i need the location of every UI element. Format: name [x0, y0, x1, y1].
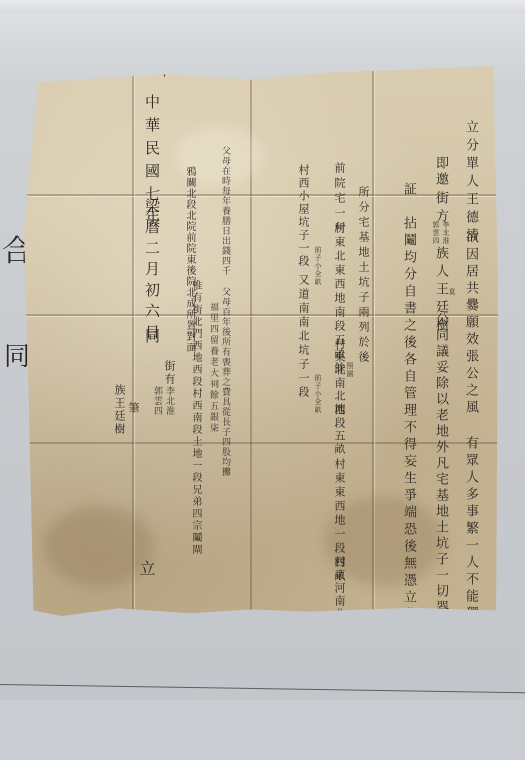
witness-clansman: 族王廷樹	[114, 384, 125, 436]
column-5-plot-b-note: 照園	[346, 362, 353, 378]
fold-line-horizontal	[24, 442, 498, 444]
contract-paper: 中 立分單人王德清 欲因居共爨願效張公之風 有眾人多事繁一人不能獨理 謹遵 父命…	[24, 66, 498, 616]
column-1-opening: 立分單人王德清	[464, 120, 477, 246]
column-2-invite: 邀	[434, 172, 447, 190]
column-7-reserve: 福里四留養老大祠餘五銀柒	[208, 302, 217, 434]
crease-highlight	[24, 316, 498, 317]
left-margin-char-b: 同	[4, 336, 30, 373]
date-day: 梁曆二月初六日	[144, 198, 159, 345]
witness-heading: 街有	[164, 360, 175, 386]
column-2-note-li: 李北淮	[442, 221, 449, 245]
column-4-heading: 所分宅基地土坑子兩列於後	[358, 186, 369, 366]
column-8-remaining-land: 惟有街北門西地西段村西南段土地一段兄弟四宗鬮閘	[190, 280, 200, 556]
column-5-plot-c: 西段五畝	[334, 404, 345, 456]
date-tail: 同	[144, 328, 159, 351]
column-2-note-mo: 莫	[448, 288, 455, 296]
column-6-plot-b-note: 前子小全畝	[314, 374, 321, 414]
column-7-parents-support: 父母在時每年養膳日出錢四千 父母百年後所有喪葬之費具從長子四股均攤	[220, 146, 229, 477]
column-6-plot-a: 村西小屋坑子一段	[298, 164, 309, 268]
crease-highlight	[24, 196, 498, 197]
certification-char: 証	[402, 182, 415, 200]
witness-guo: 郭雲四	[152, 386, 161, 416]
column-6-plot-b: 又道南南北坑子一段	[298, 274, 309, 400]
signing-char: 立	[138, 560, 154, 581]
column-2-note-guo: 郭雲四	[432, 221, 439, 245]
top-frame	[0, 0, 525, 14]
column-6-plot-a-note: 前子小全畝	[314, 246, 321, 286]
scribe-mark: 筆	[128, 402, 139, 415]
witness-li: 李北淮	[164, 386, 173, 416]
